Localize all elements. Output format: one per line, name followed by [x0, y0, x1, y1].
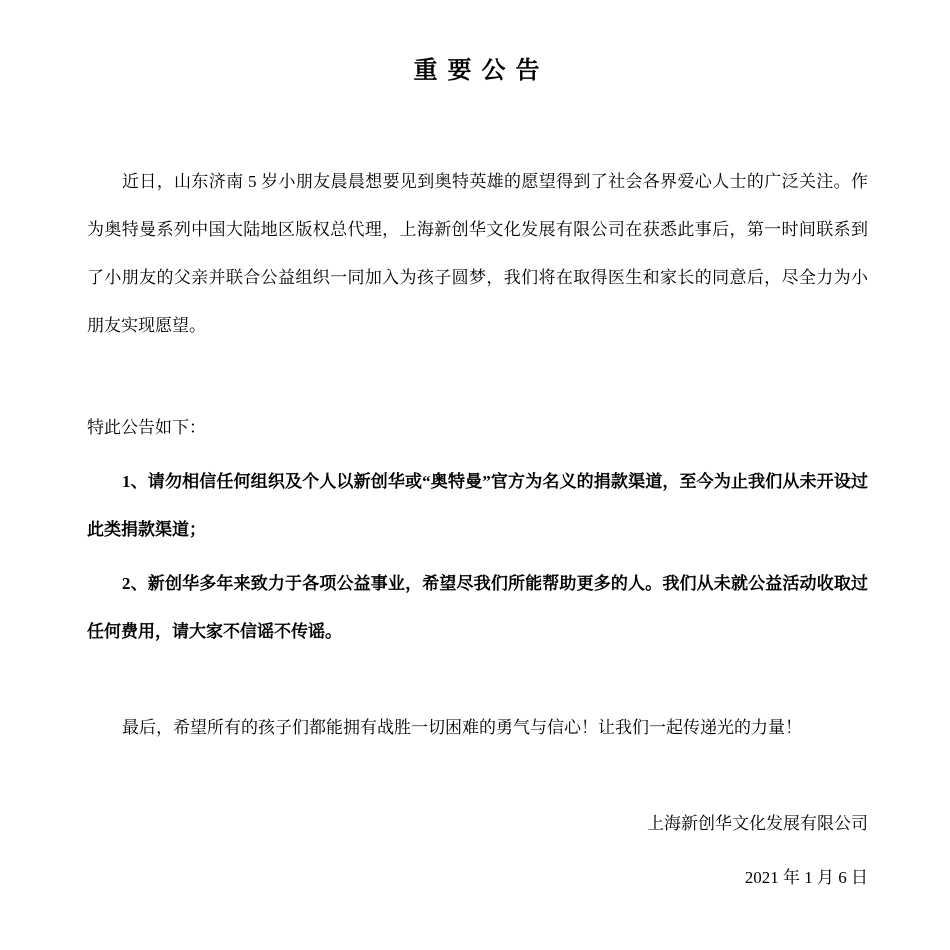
page-title: 重 要 公 告: [87, 56, 868, 86]
hereby-announce-line: 特此公告如下：: [87, 404, 868, 452]
date-line: 2021 年 1 月 6 日: [87, 854, 868, 902]
notice-item-1: 1、请勿相信任何组织及个人以新创华或“奥特曼”官方为名义的捐款渠道，至今为止我们…: [87, 458, 868, 554]
announcement-document-page: 重 要 公 告 近日，山东济南 5 岁小朋友晨晨想要见到奥特英雄的愿望得到了社会…: [0, 0, 950, 950]
intro-paragraph: 近日，山东济南 5 岁小朋友晨晨想要见到奥特英雄的愿望得到了社会各界爱心人士的广…: [87, 158, 868, 350]
closing-paragraph: 最后，希望所有的孩子们都能拥有战胜一切困难的勇气与信心！让我们一起传递光的力量！: [87, 704, 868, 752]
signature-company-line: 上海新创华文化发展有限公司: [87, 800, 868, 848]
notice-item-2: 2、新创华多年来致力于各项公益事业，希望尽我们所能帮助更多的人。我们从未就公益活…: [87, 560, 868, 656]
